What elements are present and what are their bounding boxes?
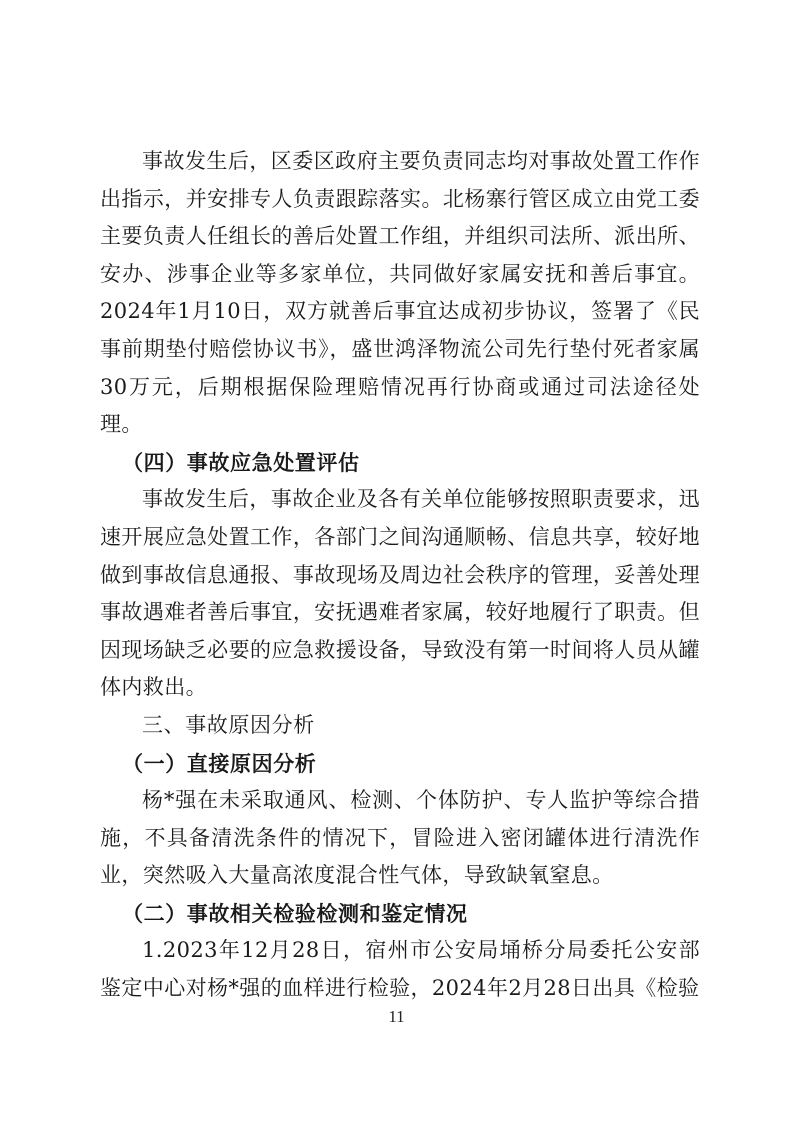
subheading-direct-cause: （一）直接原因分析 — [100, 745, 700, 783]
paragraph-direct-cause: 杨*强在未采取通风、检测、个体防护、专人监护等综合措施，不具备清洗条件的情况下，… — [100, 782, 700, 895]
document-page: 事故发生后，区委区政府主要负责同志均对事故处置工作作出指示，并安排专人负责跟踪落… — [100, 143, 700, 1008]
page-number: 11 — [0, 1007, 793, 1027]
paragraph-emergency-evaluation: 事故发生后，事故企业及各有关单位能够按照职责要求，迅速开展应急处置工作，各部门之… — [100, 481, 700, 707]
subheading-inspection: （二）事故相关检验检测和鉴定情况 — [100, 895, 700, 933]
subheading-emergency-evaluation: （四）事故应急处置评估 — [100, 444, 700, 482]
heading-cause-analysis: 三、事故原因分析 — [100, 707, 700, 745]
paragraph-inspection: 1.2023年12月28日，宿州市公安局埇桥分局委托公安部鉴定中心对杨*强的血样… — [100, 932, 700, 1007]
paragraph-aftermath: 事故发生后，区委区政府主要负责同志均对事故处置工作作出指示，并安排专人负责跟踪落… — [100, 143, 700, 444]
